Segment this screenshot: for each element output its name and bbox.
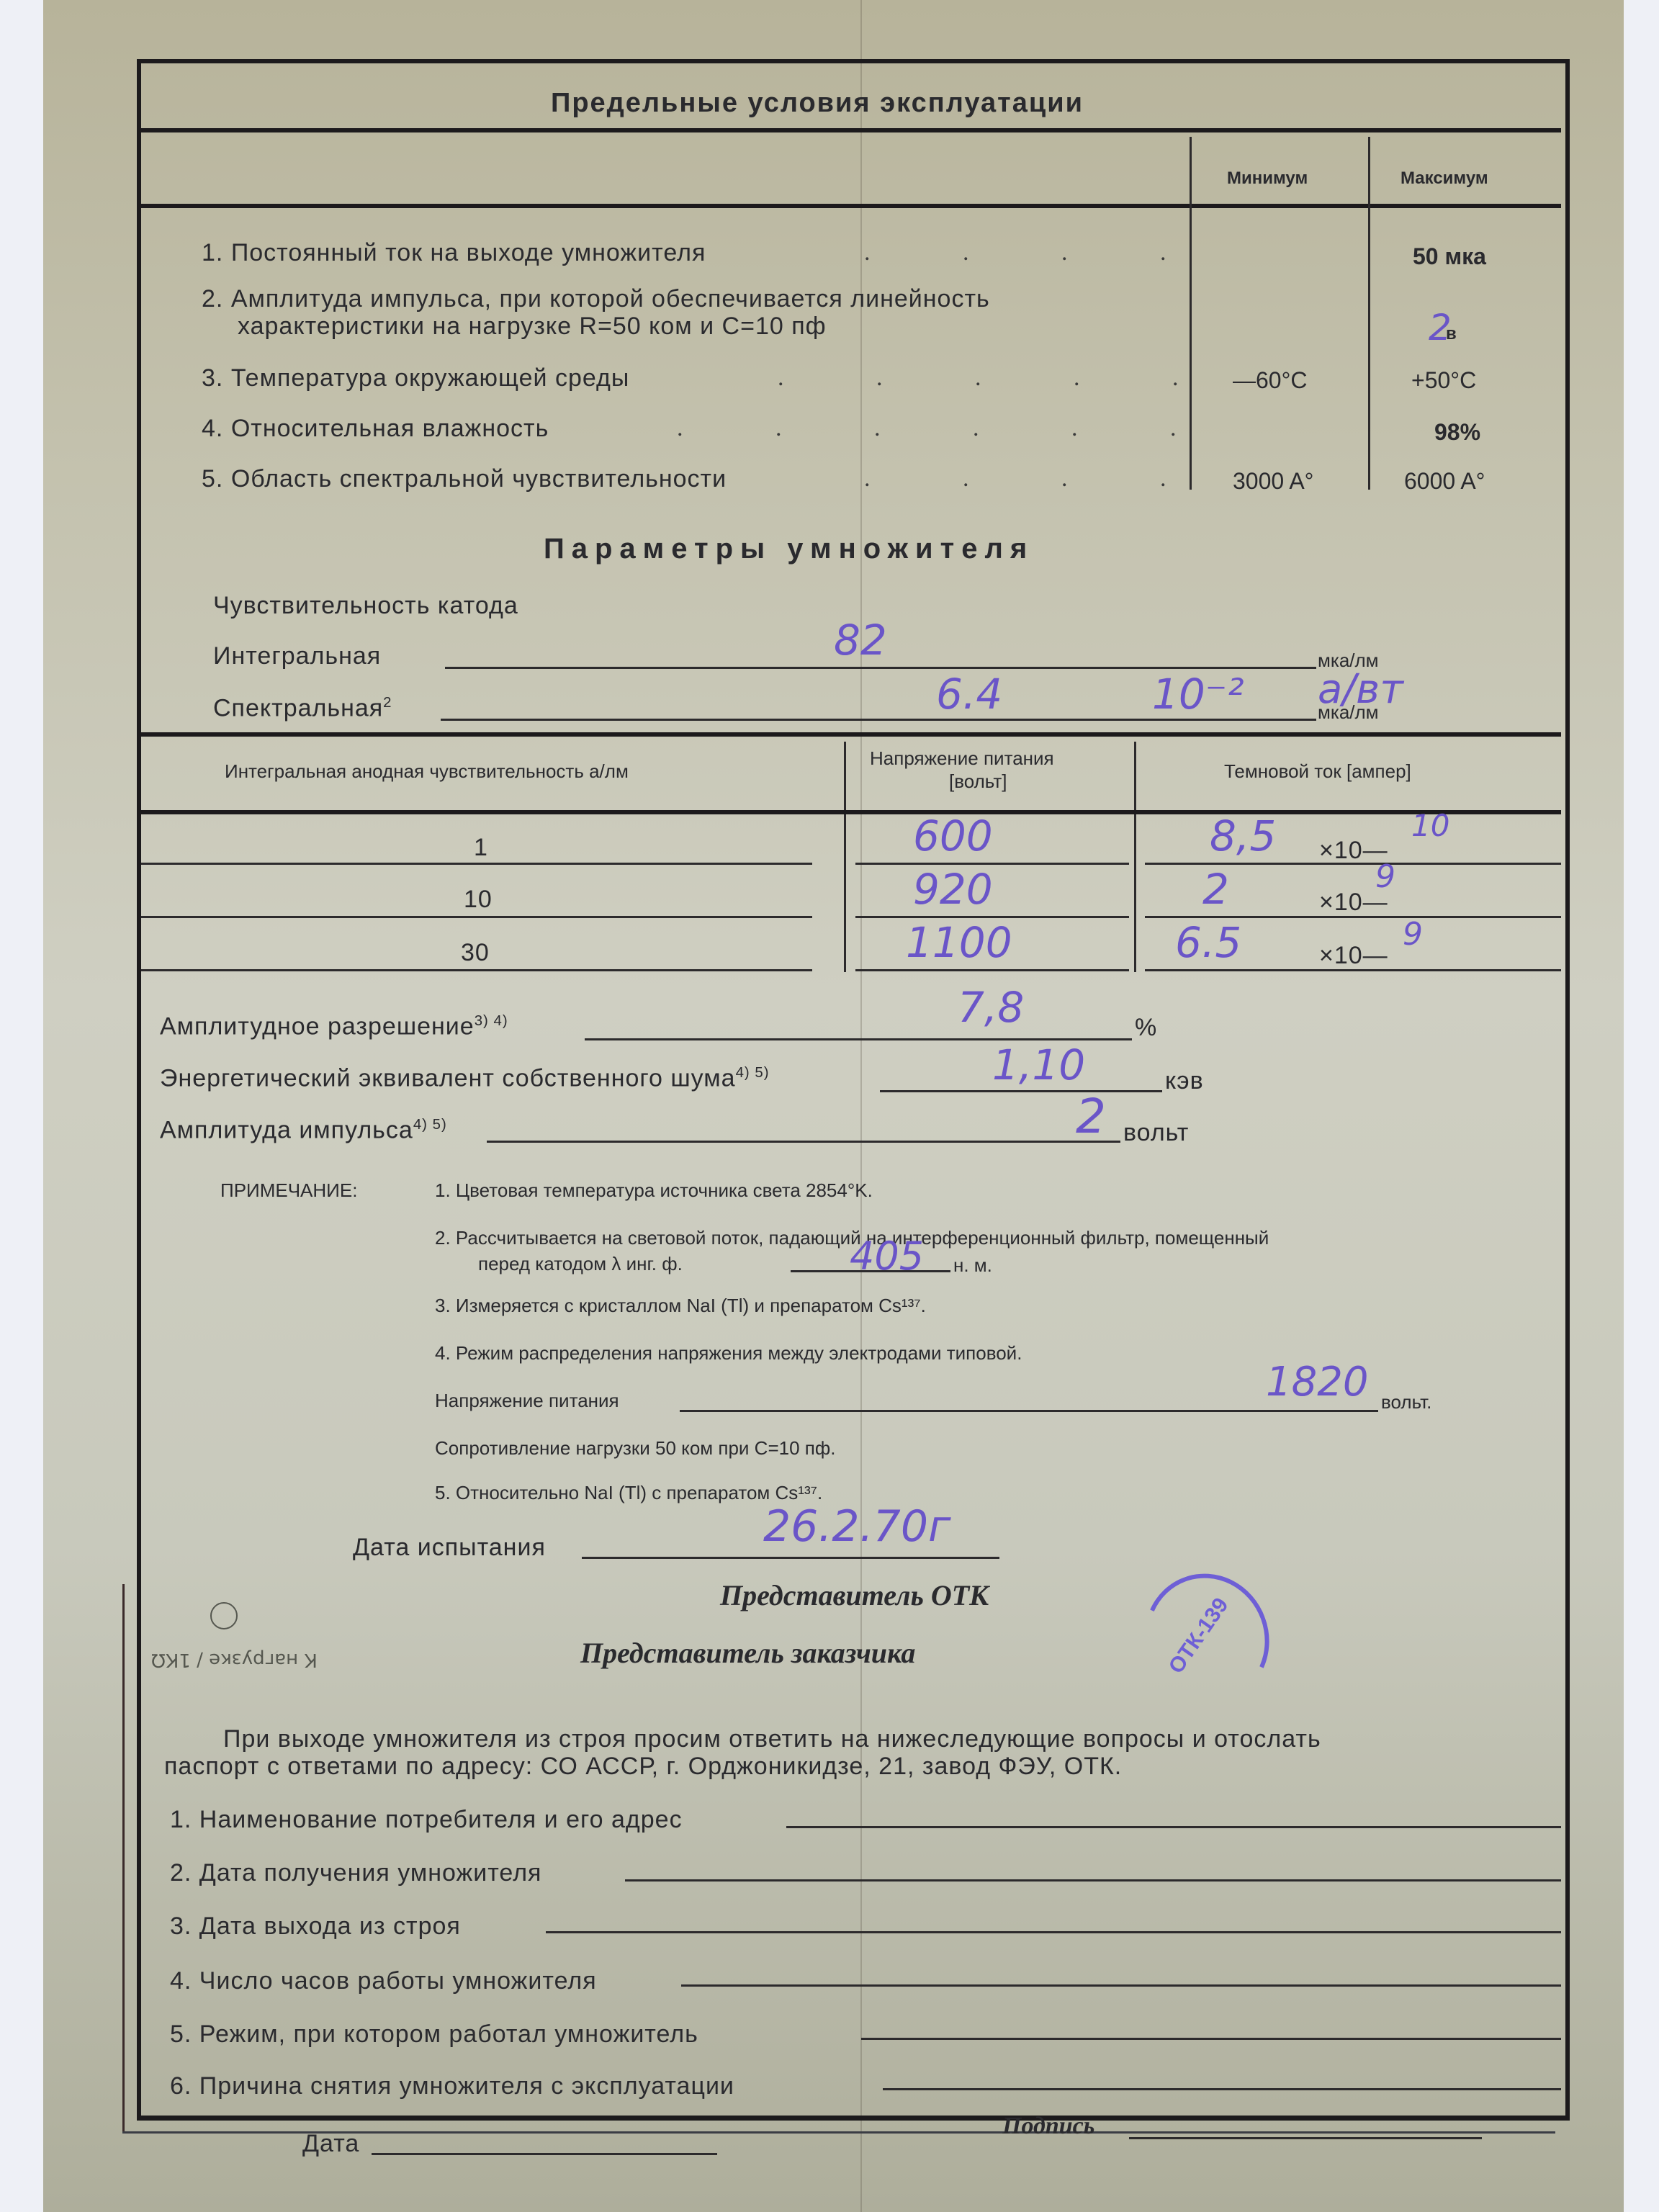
anode-exponent: 9: [1375, 861, 1395, 893]
limits-title-rule: [141, 128, 1561, 132]
anode-row-rule: [141, 916, 812, 918]
integral-value: 82: [834, 619, 887, 661]
anode-col-divider-1: [844, 742, 846, 972]
spectral-label: Спектральная: [213, 694, 383, 721]
test-date-value: 26.2.70г: [763, 1505, 951, 1548]
amplitude-field-line: [487, 1141, 1120, 1143]
row-num: 5.: [202, 465, 223, 493]
anode-dark-current: 8,5: [1210, 815, 1276, 857]
spectral-value: 6.4: [936, 673, 1002, 715]
signature-field-line[interactable]: [1129, 2137, 1482, 2139]
noise-unit: кэв: [1165, 1069, 1204, 1093]
notes-heading: ПРИМЕЧАНИЕ:: [220, 1181, 357, 1200]
amplitude-label: Амплитуда импульса: [160, 1116, 413, 1143]
anode-sensitivity: 10: [464, 887, 493, 912]
anode-row-rule: [1145, 969, 1561, 971]
anode-col-divider-2: [1134, 742, 1136, 972]
wavelength-unit: н. м.: [953, 1256, 992, 1274]
resolution-footnotes: 3) 4): [475, 1013, 508, 1029]
frame-outer-left: [122, 1584, 125, 2131]
row-num: 3.: [202, 364, 223, 392]
anode-dark-current: 2: [1202, 868, 1229, 910]
anode-exponent: 10: [1411, 811, 1449, 841]
answer-line-1[interactable]: [786, 1826, 1561, 1828]
anode-sensitivity: 30: [461, 940, 490, 965]
row-num: 2.: [202, 285, 223, 313]
date-field-line[interactable]: [372, 2153, 717, 2155]
answer-line-4[interactable]: [681, 1984, 1561, 1987]
integral-field-line: [445, 667, 1316, 669]
customer-representative: Представитель заказчика: [580, 1639, 915, 1668]
answer-line-3[interactable]: [546, 1931, 1561, 1933]
noise-value: 1,10: [992, 1044, 1085, 1086]
request-line-1: При выходе умножителя из строя просим от…: [223, 1727, 1321, 1751]
row-label-cont: характеристики на нагрузке R=50 ком и C=…: [238, 314, 827, 338]
anode-row-rule: [141, 863, 812, 865]
anode-multiplier: ×10—: [1319, 943, 1388, 968]
answer-line-2[interactable]: [625, 1879, 1561, 1881]
signature-label: Подпись: [1002, 2114, 1094, 2139]
limits-header-rule: [141, 204, 1561, 208]
answer-line-5[interactable]: [861, 2038, 1561, 2040]
noise-label: Энергетический эквивалент собственного ш…: [160, 1064, 736, 1092]
anode-col-sensitivity: Интегральная анодная чувствительность а/…: [225, 762, 629, 781]
amplitude-unit: вольт: [1123, 1120, 1189, 1145]
question-5: 5. Режим, при котором работал умножитель: [170, 2022, 698, 2046]
spectral-unit-handwritten: а/вт: [1318, 670, 1403, 710]
test-date-label: Дата испытания: [353, 1535, 546, 1560]
question-4: 4. Число часов работы умножителя: [170, 1969, 597, 1993]
row-num: 4.: [202, 415, 223, 442]
anode-sensitivity: 1: [474, 835, 488, 860]
date-label: Дата: [302, 2131, 359, 2156]
question-2: 2. Дата получения умножителя: [170, 1861, 541, 1885]
row-label: Температура окружающей среды: [231, 364, 630, 392]
row-max-unit: в: [1446, 325, 1457, 343]
row-label: Относительная влажность: [231, 415, 549, 442]
leader-dots: . . . . .: [778, 366, 1222, 390]
spectral-field-line: [441, 719, 1316, 721]
leader-dots: . . . .: [864, 240, 1210, 265]
anode-header-rule: [141, 810, 1561, 814]
supply-voltage-field-line: [680, 1410, 1378, 1412]
anode-exponent: 9: [1403, 919, 1423, 950]
limits-title: Предельные условия эксплуатации: [551, 89, 1084, 117]
spectral-footnote: 2: [383, 695, 392, 711]
row-label: Амплитуда импульса, при которой обеспечи…: [231, 285, 990, 313]
supply-voltage-label: Напряжение питания: [435, 1391, 619, 1410]
params-title: Параметры умножителя: [544, 534, 1034, 563]
row-label: Постоянный ток на выходе умножителя: [231, 239, 706, 266]
limits-col-divider-max: [1368, 137, 1370, 490]
cathode-sensitivity-label: Чувствительность катода: [213, 593, 518, 618]
anode-voltage: 600: [913, 815, 993, 857]
row-max: 50 мка: [1413, 245, 1486, 268]
row-num: 1.: [202, 239, 223, 266]
note-2-cont: перед катодом λ инг. ф.: [478, 1254, 683, 1273]
row-max: 6000 A°: [1404, 469, 1485, 493]
row-label: Область спектральной чувствительности: [231, 465, 727, 493]
spectral-exponent: 10⁻²: [1152, 673, 1244, 715]
limits-col-min: Минимум: [1227, 170, 1308, 187]
wavelength-value: 405: [850, 1237, 924, 1276]
note-1: 1. Цветовая температура источника света …: [435, 1181, 873, 1200]
row-min: 3000 A°: [1233, 469, 1313, 493]
otk-representative: Представитель ОТК: [720, 1581, 989, 1610]
anode-row-rule: [855, 969, 1129, 971]
resolution-unit: %: [1135, 1015, 1157, 1040]
anode-voltage: 1100: [906, 922, 1012, 963]
anode-row-rule: [141, 969, 812, 971]
answer-line-6[interactable]: [883, 2088, 1561, 2090]
margin-pencil-note: К нагрузке / 1КΩ: [151, 1649, 318, 1671]
row-max: 98%: [1434, 421, 1480, 444]
anode-col-dark-current: Темновой ток [ампер]: [1224, 762, 1411, 781]
amplitude-footnotes: 4) 5): [413, 1117, 447, 1133]
noise-footnotes: 4) 5): [736, 1065, 770, 1081]
note-3: 3. Измеряется с кристаллом NaI (Tl) и пр…: [435, 1296, 926, 1315]
test-date-field-line: [582, 1557, 999, 1559]
request-line-2: паспорт с ответами по адресу: СО АССР, г…: [164, 1754, 1122, 1779]
integral-label: Интегральная: [213, 644, 381, 668]
anode-col-voltage: Напряжение питания: [870, 749, 1054, 768]
note-4: 4. Режим распределения напряжения между …: [435, 1344, 1022, 1362]
leader-dots: . . . .: [864, 467, 1210, 491]
limits-col-max: Максимум: [1401, 170, 1488, 187]
noise-field-line: [880, 1090, 1162, 1092]
row-min: —60°C: [1233, 369, 1308, 392]
anode-table-top-rule: [141, 732, 1561, 737]
anode-voltage: 920: [913, 868, 993, 910]
anode-dark-current: 6.5: [1175, 922, 1241, 963]
pencil-circle-mark: [210, 1602, 238, 1629]
anode-col-voltage-unit: [вольт]: [949, 772, 1007, 791]
row-max: +50°C: [1411, 369, 1476, 392]
note-5: 5. Относительно NaI (Tl) с препаратом Cs…: [435, 1483, 822, 1502]
supply-voltage-unit: вольт.: [1381, 1393, 1431, 1411]
resolution-label: Амплитудное разрешение: [160, 1012, 475, 1040]
load-resistance-note: Сопротивление нагрузки 50 ком при C=10 п…: [435, 1439, 835, 1457]
amplitude-value: 2: [1076, 1093, 1106, 1141]
question-3: 3. Дата выхода из строя: [170, 1914, 461, 1938]
question-1: 1. Наименование потребителя и его адрес: [170, 1807, 683, 1832]
question-6: 6. Причина снятия умножителя с эксплуата…: [170, 2074, 734, 2098]
supply-voltage-value: 1820: [1266, 1362, 1369, 1403]
leader-dots: . . . . . .: [677, 416, 1220, 441]
resolution-value: 7,8: [958, 986, 1024, 1028]
